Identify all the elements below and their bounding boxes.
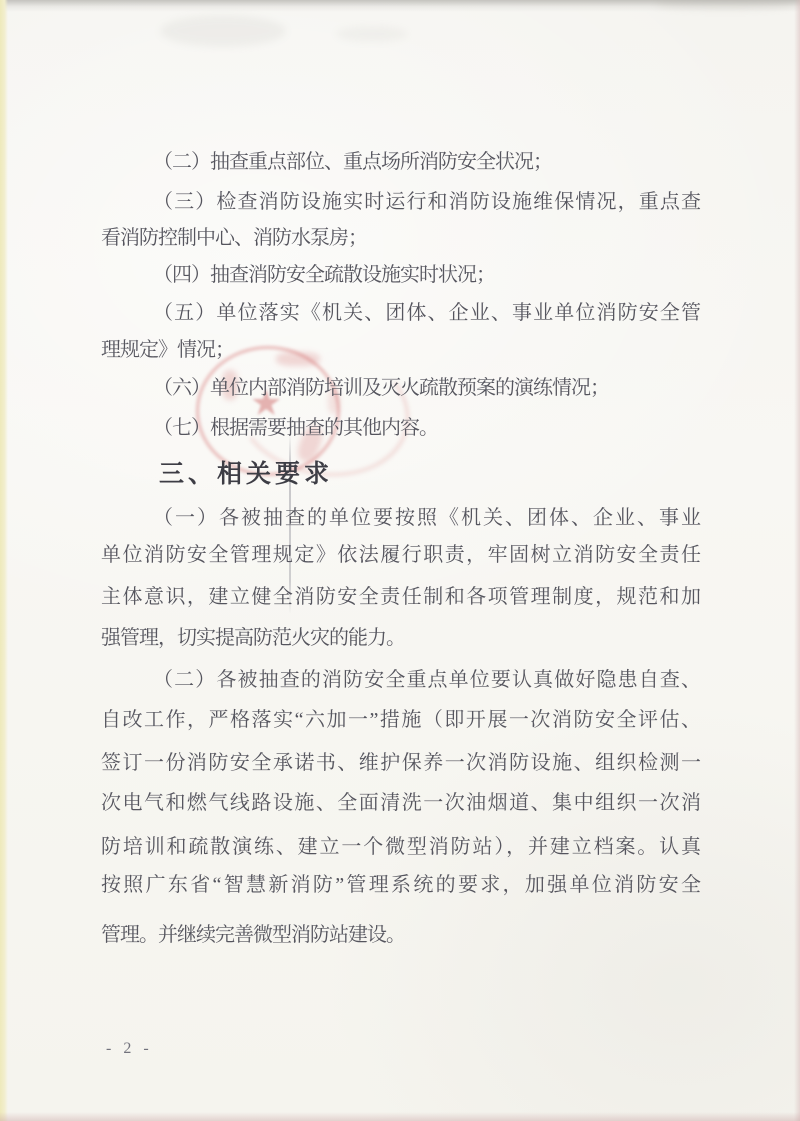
scan-right-edge-shadow xyxy=(794,0,800,1121)
section-heading: 三、相关要求 xyxy=(101,459,700,489)
document-body: （二）抽查重点部位、重点场所消防安全状况； （三）检查消防设施实时运行和消防设施… xyxy=(101,0,700,1121)
text-line: （一）各被抽查的单位要按照《机关、团体、企业、事业 xyxy=(101,505,700,532)
text-line: 理规定》情况； xyxy=(101,337,700,364)
text-line: 防培训和疏散演练、建立一个微型消防站），并建立档案。认真 xyxy=(101,834,700,861)
text-line: 主体意识，建立健全消防安全责任制和各项管理制度，规范和加 xyxy=(101,584,700,611)
text-line: 管理。并继续完善微型消防站建设。 xyxy=(101,922,700,949)
page-number: - 2 - xyxy=(106,1040,153,1058)
text-line: 单位消防安全管理规定》依法履行职责，牢固树立消防安全责任 xyxy=(101,542,700,569)
text-line: （六）单位内部消防培训及灭火疏散预案的演练情况； xyxy=(101,375,700,402)
text-line: 强管理，切实提高防范火灾的能力。 xyxy=(101,625,700,652)
text-line: （二）抽查重点部位、重点场所消防安全状况； xyxy=(101,149,700,176)
text-line: （四）抽查消防安全疏散设施实时状况； xyxy=(101,262,700,289)
scan-left-edge-strip xyxy=(0,0,8,1121)
text-line: 看消防控制中心、消防水泵房； xyxy=(101,225,700,252)
text-line: 签订一份消防安全承诺书、维护保养一次消防设施、组织检测一 xyxy=(101,750,700,777)
text-line: 自改工作，严格落实“六加一”措施（即开展一次消防安全评估、 xyxy=(101,707,700,734)
text-line: （二）各被抽查的消防安全重点单位要认真做好隐患自查、 xyxy=(101,667,700,694)
text-line: 按照广东省“智慧新消防”管理系统的要求，加强单位消防安全 xyxy=(101,872,700,899)
text-line: （五）单位落实《机关、团体、企业、事业单位消防安全管 xyxy=(101,300,700,327)
text-line: 次电气和燃气线路设施、全面清洗一次油烟道、集中组织一次消 xyxy=(101,790,700,817)
text-line: （七）根据需要抽查的其他内容。 xyxy=(101,415,700,442)
text-line: （三）检查消防设施实时运行和消防设施维保情况，重点查 xyxy=(101,189,700,216)
scanned-document-page: ★ （二）抽查重点部位、重点场所消防安全状况； （三）检查消防设施实时运行和消防… xyxy=(0,0,800,1121)
